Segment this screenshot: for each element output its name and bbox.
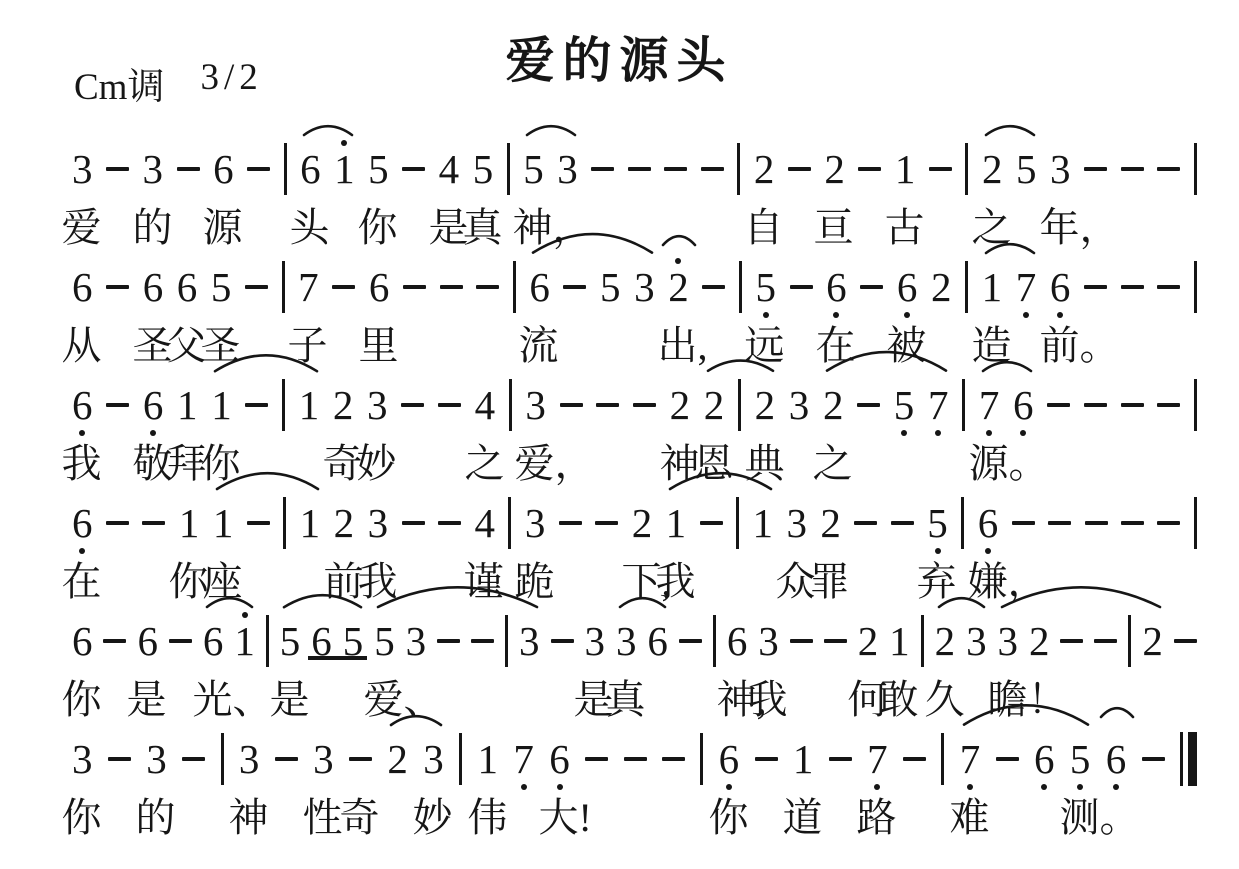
duration-dash — [1047, 403, 1070, 407]
duration-dash — [996, 757, 1019, 761]
duration-dash — [275, 757, 298, 761]
duration-dash — [332, 285, 355, 289]
note: 5 — [368, 149, 389, 190]
duration-dash — [596, 403, 619, 407]
duration-dash — [891, 521, 914, 525]
octave-dot-above — [341, 140, 347, 146]
note: 4 — [439, 149, 460, 190]
octave-dot-below — [901, 430, 907, 436]
note: 7 — [928, 385, 949, 426]
final-barline-thin — [1180, 732, 1183, 786]
note: 2 — [824, 149, 845, 190]
note: 1 — [889, 621, 910, 662]
duration-dash — [106, 521, 129, 525]
octave-dot-below — [79, 548, 85, 554]
barline — [1128, 615, 1131, 667]
note: 5 — [600, 267, 621, 308]
duration-dash — [929, 167, 952, 171]
duration-dash — [662, 757, 685, 761]
note: 5 — [523, 149, 544, 190]
duration-dash — [1157, 285, 1180, 289]
lyric-syllable: 大! — [539, 796, 592, 840]
duration-dash — [633, 403, 656, 407]
lyric-syllable: 伟 — [468, 796, 508, 840]
duration-dash — [701, 167, 724, 171]
duration-dash — [860, 285, 883, 289]
lyric-syllable: 的 — [136, 796, 176, 840]
barline — [221, 733, 224, 785]
note: 1 — [982, 267, 1003, 308]
note: 3 — [789, 385, 810, 426]
barline — [921, 615, 924, 667]
duration-dash — [628, 167, 651, 171]
barline — [738, 379, 741, 431]
lyric-syllable: 妙 — [413, 796, 453, 840]
note: 2 — [333, 385, 354, 426]
slur-arc — [984, 242, 1036, 254]
duration-dash — [440, 285, 463, 289]
duration-dash — [700, 521, 723, 525]
score-header: Cm调 3/2 爱的源头 — [0, 0, 1239, 112]
note: 5 — [211, 267, 232, 308]
duration-dash — [790, 285, 813, 289]
duration-dash — [349, 757, 372, 761]
sheet-music-page: Cm调 3/2 爱的源头 3366154553221253爱的源头你是真神，自亘… — [0, 0, 1239, 869]
note: 6 — [72, 385, 93, 426]
octave-dot-below — [967, 784, 973, 790]
score-line: 66657665325662176从圣父圣子里流出,远在被造前。 — [0, 236, 1239, 354]
slur-arc — [661, 234, 697, 246]
duration-dash — [595, 521, 618, 525]
note: 2 — [704, 385, 725, 426]
note: 4 — [474, 503, 495, 544]
octave-dot-below — [985, 548, 991, 554]
note: 6 — [529, 267, 550, 308]
note: 5 — [473, 149, 494, 190]
note: 6 — [143, 267, 164, 308]
duration-dash — [1121, 167, 1144, 171]
barline — [282, 379, 285, 431]
barline — [505, 615, 508, 667]
note: 6 — [369, 267, 390, 308]
note: 1 — [211, 385, 232, 426]
duration-dash — [1085, 521, 1108, 525]
duration-dash — [108, 757, 131, 761]
note: 5 — [1016, 149, 1037, 190]
duration-dash — [1121, 521, 1144, 525]
note: 6 — [897, 267, 918, 308]
note: 3 — [313, 739, 334, 780]
octave-dot-below — [833, 312, 839, 318]
duration-dash — [551, 639, 574, 643]
note: 6 — [300, 149, 321, 190]
duration-dash — [471, 639, 494, 643]
slur-arc — [962, 700, 1090, 726]
note: 1 — [213, 503, 234, 544]
duration-dash — [1060, 639, 1083, 643]
lyric-syllable: 你 — [62, 796, 102, 840]
duration-dash — [245, 285, 268, 289]
lyric-line: 你的神性奇妙伟大!你道路难测。 — [72, 794, 1197, 842]
note: 2 — [334, 503, 355, 544]
lyric-syllable: 奇 — [340, 796, 380, 840]
octave-dot-below — [1077, 784, 1083, 790]
duration-dash — [169, 639, 192, 643]
note: 2 — [982, 149, 1003, 190]
barline — [941, 733, 944, 785]
note: 2 — [858, 621, 879, 662]
note: 3 — [634, 267, 655, 308]
score-line: 3366154553221253爱的源头你是真神，自亘古之年， — [0, 118, 1239, 236]
slur-arc — [1000, 582, 1162, 608]
barline — [713, 615, 716, 667]
slur-arc — [981, 360, 1033, 372]
octave-dot-below — [521, 784, 527, 790]
note: 2 — [820, 503, 841, 544]
duration-dash — [106, 167, 129, 171]
barline — [700, 733, 703, 785]
score-line: 611123432113256在你座前我谨跪下,我众罪弃嫌， — [0, 472, 1239, 590]
duration-dash — [438, 403, 461, 407]
barline — [459, 733, 462, 785]
octave-dot-below — [904, 312, 910, 318]
note: 2 — [632, 503, 653, 544]
note: 5 — [894, 385, 915, 426]
duration-dash — [142, 521, 165, 525]
duration-dash — [755, 757, 778, 761]
octave-dot-above — [242, 612, 248, 618]
note: 7 — [298, 267, 319, 308]
duration-dash — [106, 403, 129, 407]
note: 3 — [72, 739, 93, 780]
note: 3 — [406, 621, 427, 662]
note: 2 — [931, 267, 952, 308]
octave-dot-below — [986, 430, 992, 436]
note: 1 — [234, 621, 255, 662]
duration-dash — [1142, 757, 1165, 761]
note: 6 — [549, 739, 570, 780]
note: 6 — [978, 503, 999, 544]
final-barline-thick — [1188, 732, 1197, 786]
note: 6 — [719, 739, 740, 780]
lyric-syllable: 神 — [229, 796, 269, 840]
octave-dot-below — [935, 548, 941, 554]
duration-dash — [1174, 639, 1197, 643]
octave-dot-below — [1113, 784, 1119, 790]
octave-dot-below — [1023, 312, 1029, 318]
duration-dash — [858, 167, 881, 171]
barline — [284, 143, 287, 195]
barline — [282, 261, 285, 313]
note: 1 — [334, 149, 355, 190]
octave-dot-below — [726, 784, 732, 790]
note: 3 — [143, 149, 164, 190]
note: 3 — [786, 503, 807, 544]
note: 3 — [966, 621, 987, 662]
music-line: 611123432113256 — [72, 472, 1197, 558]
duration-dash — [1084, 285, 1107, 289]
note: 6 — [647, 621, 668, 662]
duration-dash — [245, 403, 268, 407]
note: 7 — [960, 739, 981, 780]
duration-dash — [702, 285, 725, 289]
note: 6 — [727, 621, 748, 662]
duration-dash — [402, 167, 425, 171]
lyric-syllable: 道 — [783, 796, 823, 840]
barline — [1194, 261, 1197, 313]
duration-dash — [182, 757, 205, 761]
note: 7 — [979, 385, 1000, 426]
note: 1 — [177, 385, 198, 426]
duration-dash — [1121, 403, 1144, 407]
lyric-syllable: 路 — [857, 796, 897, 840]
lyric-syllable: 测。 — [1060, 796, 1140, 840]
duration-dash — [177, 167, 200, 171]
duration-dash — [1157, 521, 1180, 525]
duration-dash — [106, 285, 129, 289]
duration-dash — [790, 639, 813, 643]
barline — [507, 143, 510, 195]
note: 4 — [475, 385, 496, 426]
note: 3 — [368, 503, 389, 544]
barline — [513, 261, 516, 313]
music-line: 6661565533336632123322 — [72, 590, 1197, 676]
note: 3 — [239, 739, 260, 780]
note: 6 — [203, 621, 224, 662]
slur-arc — [618, 596, 667, 608]
slur-arc — [215, 469, 320, 490]
note: 6 — [213, 149, 234, 190]
note: 6 — [72, 503, 93, 544]
duration-dash — [247, 167, 270, 171]
note: 3 — [584, 621, 605, 662]
note: 6 — [137, 621, 158, 662]
note: 5 — [1070, 739, 1091, 780]
octave-dot-below — [1020, 430, 1026, 436]
barline — [1194, 497, 1197, 549]
note: 1 — [179, 503, 200, 544]
octave-dot-below — [763, 312, 769, 318]
note: 6 — [177, 267, 198, 308]
slur-arc — [376, 582, 539, 608]
duration-dash — [788, 167, 811, 171]
eighth-note-beam — [308, 656, 367, 660]
octave-dot-below — [935, 430, 941, 436]
slur-arc — [825, 347, 948, 372]
note: 3 — [146, 739, 167, 780]
note: 5 — [280, 621, 301, 662]
note: 1 — [478, 739, 499, 780]
duration-dash — [585, 757, 608, 761]
slur-arc — [937, 596, 986, 608]
slur-arc — [984, 124, 1036, 136]
note: 3 — [1050, 149, 1071, 190]
barline — [1194, 143, 1197, 195]
duration-dash — [624, 757, 647, 761]
barline — [961, 497, 964, 549]
duration-dash — [563, 285, 586, 289]
note: 2 — [754, 149, 775, 190]
duration-dash — [679, 639, 702, 643]
note: 2 — [1142, 621, 1163, 662]
octave-dot-above — [675, 258, 681, 264]
duration-dash — [403, 285, 426, 289]
score-lines: 3366154553221253爱的源头你是真神，自亘古之年，666576653… — [0, 112, 1239, 826]
slur-arc — [525, 124, 577, 136]
note: 2 — [755, 385, 776, 426]
note: 3 — [525, 503, 546, 544]
duration-dash — [103, 639, 126, 643]
duration-dash — [1084, 167, 1107, 171]
note: 6 — [1013, 385, 1034, 426]
song-title: 爱的源头 — [0, 22, 1239, 92]
duration-dash — [401, 403, 424, 407]
duration-dash — [664, 167, 687, 171]
slur-arc — [389, 714, 443, 726]
slur-arc — [205, 596, 254, 608]
duration-dash — [476, 285, 499, 289]
music-line: 3366154553221253 — [72, 118, 1197, 204]
note: 3 — [998, 621, 1019, 662]
lyric-syllable: 性 — [303, 796, 343, 840]
octave-dot-below — [150, 430, 156, 436]
note: 2 — [1029, 621, 1050, 662]
note: 3 — [557, 149, 578, 190]
note: 1 — [895, 149, 916, 190]
duration-dash — [402, 521, 425, 525]
note: 3 — [525, 385, 546, 426]
duration-dash — [559, 521, 582, 525]
score-line: 6661565533336632123322你是光、是爱、是真神,我何敢久瞻！ — [0, 590, 1239, 708]
duration-dash — [1048, 521, 1071, 525]
music-line: 66657665325662176 — [72, 236, 1197, 322]
note: 1 — [666, 503, 687, 544]
duration-dash — [591, 167, 614, 171]
octave-dot-below — [874, 784, 880, 790]
note: 1 — [793, 739, 814, 780]
duration-dash — [560, 403, 583, 407]
note: 3 — [519, 621, 540, 662]
duration-dash — [437, 639, 460, 643]
note: 6 — [1106, 739, 1127, 780]
note: 6 — [1050, 267, 1071, 308]
barline — [965, 143, 968, 195]
barline — [283, 497, 286, 549]
note: 2 — [670, 385, 691, 426]
note: 3 — [72, 149, 93, 190]
note: 6 — [72, 621, 93, 662]
slur-arc — [1099, 706, 1135, 718]
duration-dash — [854, 521, 877, 525]
barline — [1194, 379, 1197, 431]
octave-dot-below — [1057, 312, 1063, 318]
slur-arc — [213, 351, 319, 372]
duration-dash — [1094, 639, 1117, 643]
octave-dot-below — [557, 784, 563, 790]
note: 6 — [72, 267, 93, 308]
music-line: 3333231766177656 — [72, 708, 1197, 794]
duration-dash — [1084, 403, 1107, 407]
note: 7 — [513, 739, 534, 780]
barline — [508, 497, 511, 549]
music-line: 661112343222325776 — [72, 354, 1197, 440]
duration-dash — [1012, 521, 1035, 525]
barline — [737, 143, 740, 195]
score-line: 661112343222325776我敬拜你奇妙之爱，神恩典之源。 — [0, 354, 1239, 472]
note: 3 — [616, 621, 637, 662]
note: 3 — [423, 739, 444, 780]
slur-arc — [282, 592, 363, 608]
note: 3 — [367, 385, 388, 426]
duration-dash — [247, 521, 270, 525]
barline — [965, 261, 968, 313]
slur-arc — [302, 124, 354, 136]
duration-dash — [1121, 285, 1144, 289]
note: 7 — [1016, 267, 1037, 308]
note: 2 — [823, 385, 844, 426]
note: 1 — [299, 385, 320, 426]
barline — [739, 261, 742, 313]
duration-dash — [438, 521, 461, 525]
note: 2 — [387, 739, 408, 780]
slur-arc — [668, 469, 773, 490]
note: 6 — [826, 267, 847, 308]
note: 1 — [300, 503, 321, 544]
duration-dash — [829, 757, 852, 761]
barline — [962, 379, 965, 431]
octave-dot-below — [79, 430, 85, 436]
slur-arc — [531, 229, 654, 254]
duration-dash — [1157, 167, 1180, 171]
note: 7 — [867, 739, 888, 780]
duration-dash — [903, 757, 926, 761]
note: 5 — [755, 267, 776, 308]
duration-dash — [824, 639, 847, 643]
barline — [736, 497, 739, 549]
slur-arc — [706, 358, 775, 372]
final-barline — [1180, 732, 1197, 786]
note: 5 — [927, 503, 948, 544]
score-line: 3333231766177656你的神性奇妙伟大!你道路难测。 — [0, 708, 1239, 826]
barline — [266, 615, 269, 667]
duration-dash — [1157, 403, 1180, 407]
note: 3 — [758, 621, 779, 662]
lyric-syllable: 你 — [709, 796, 749, 840]
duration-dash — [857, 403, 880, 407]
note: 6 — [143, 385, 164, 426]
note: 1 — [753, 503, 774, 544]
barline — [509, 379, 512, 431]
note: 2 — [935, 621, 956, 662]
note: 6 — [1034, 739, 1055, 780]
note: 5 — [374, 621, 395, 662]
note: 2 — [668, 267, 689, 308]
octave-dot-below — [1041, 784, 1047, 790]
lyric-syllable: 难 — [950, 796, 990, 840]
